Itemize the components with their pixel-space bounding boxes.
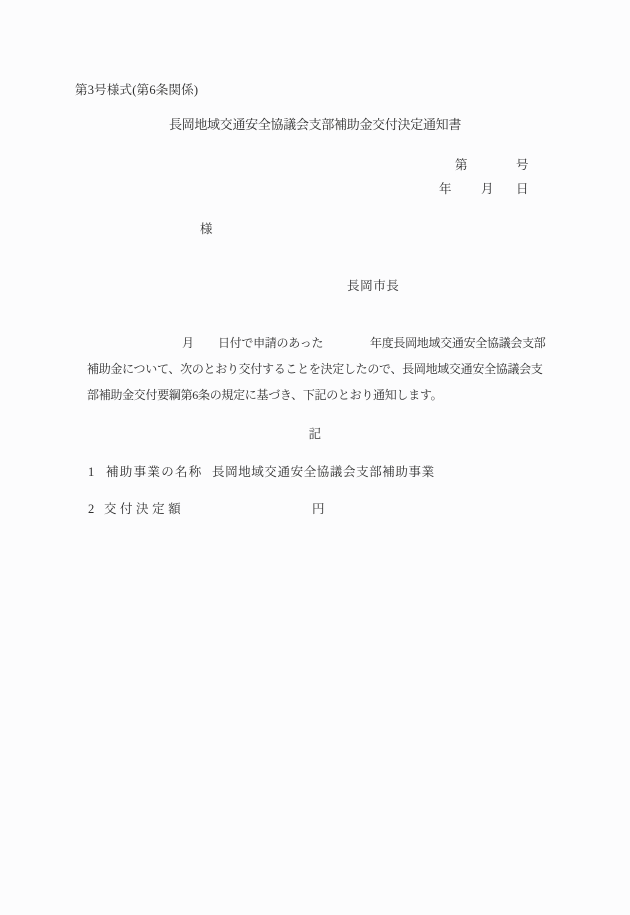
item-1-value: 長岡地域交通安全協議会支部補助事業 xyxy=(212,465,435,480)
notice-document-page: 第3号様式(第6条関係) 長岡地域交通安全協議会支部補助金交付決定通知書 第 号… xyxy=(0,0,630,915)
doc-number-suffix: 号 xyxy=(516,158,529,173)
item-2-unit: 円 xyxy=(312,502,325,517)
body-line3: 部補助金交付要綱第6条の規定に基づき、下記のとおり通知します。 xyxy=(87,388,442,403)
body-line1-applied-text: 日付で申請のあった xyxy=(218,336,323,351)
item-1-number: 1 xyxy=(88,465,94,480)
form-number: 第3号様式(第6条関係) xyxy=(75,83,198,98)
item-1-label: 補助事業の名称 xyxy=(106,465,203,480)
body-line2: 補助金について、次のとおり交付することを決定したので、長岡地域交通安全協議会支 xyxy=(87,362,543,377)
sender-title: 長岡市長 xyxy=(347,279,399,294)
item-2-number: 2 xyxy=(88,502,94,517)
body-line1-fiscal-text: 年度長岡地域交通安全協議会支部 xyxy=(370,336,546,351)
date-year-label: 年 xyxy=(439,182,452,197)
date-month-label: 月 xyxy=(481,182,494,197)
item-2-label: 交 付 決 定 額 xyxy=(104,502,181,517)
record-heading: 記 xyxy=(0,427,630,442)
addressee-honorific: 様 xyxy=(200,222,213,237)
document-title: 長岡地域交通安全協議会支部補助金交付決定通知書 xyxy=(0,117,630,132)
doc-number-prefix: 第 xyxy=(455,158,468,173)
date-day-label: 日 xyxy=(516,182,529,197)
body-line1-month-label: 月 xyxy=(182,336,194,351)
